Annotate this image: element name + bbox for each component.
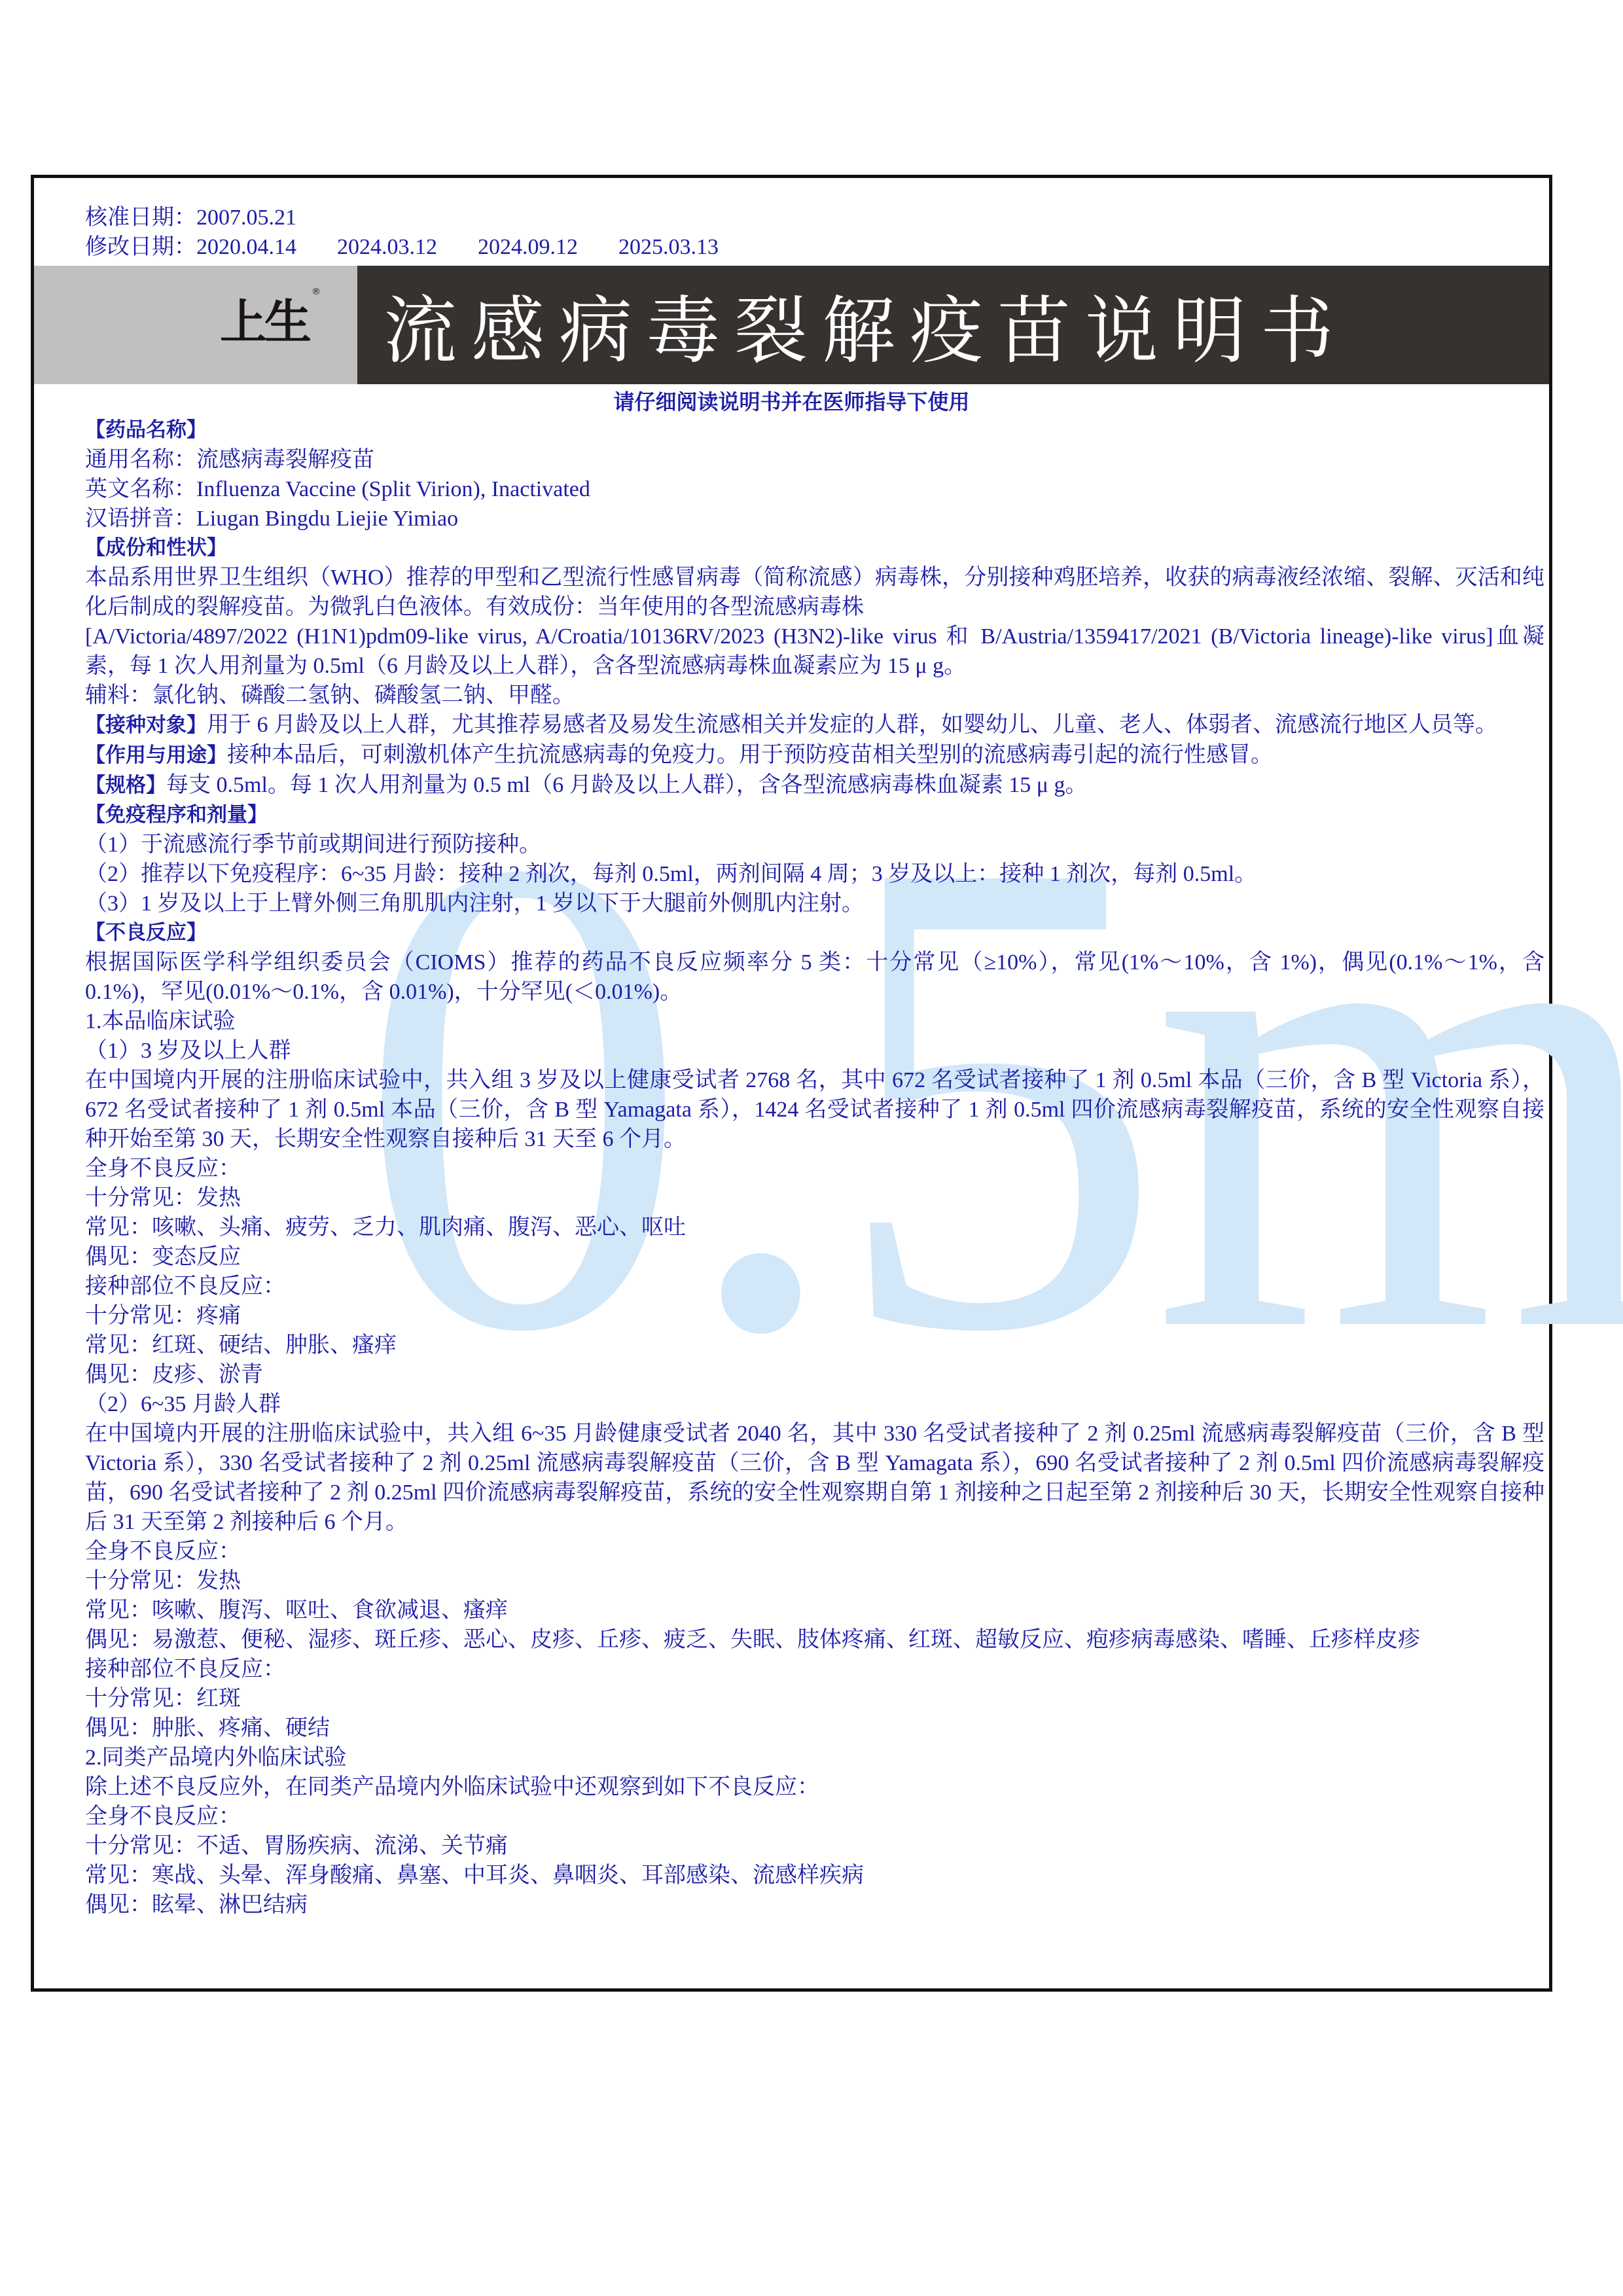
section-heading: 【规格】	[85, 774, 166, 797]
approval-label: 核准日期：	[85, 203, 196, 232]
leaflet-content: 【药品名称】 通用名称：流感病毒裂解疫苗 英文名称：Influenza Vacc…	[85, 416, 1544, 1920]
section-heading: 【药品名称】	[85, 416, 1544, 445]
text-line: 常见：寒战、头晕、浑身酸痛、鼻塞、中耳炎、鼻咽炎、耳部感染、流感样疾病	[85, 1861, 1544, 1890]
text-line: 接种部位不良反应：	[85, 1655, 1544, 1684]
subheading: 1.本品临床试验	[85, 1007, 1544, 1036]
paragraph: 在中国境内开展的注册临床试验中，共入组 3 岁及以上健康受试者 2768 名，其…	[85, 1066, 1544, 1154]
section-spec: 【规格】每支 0.5ml。每 1 次人用剂量为 0.5 ml（6 月龄及以上人群…	[85, 770, 1544, 800]
text-line: 常见：咳嗽、腹泻、呕吐、食欲减退、瘙痒	[85, 1596, 1544, 1625]
paragraph: 每支 0.5ml。每 1 次人用剂量为 0.5 ml（6 月龄及以上人群），含各…	[166, 773, 1088, 797]
text-line: 偶见：眩晕、淋巴结病	[85, 1890, 1544, 1920]
text-line: （3）1 岁及以上于上臂外侧三角肌肌内注射，1 岁以下于大腿前外侧肌内注射。	[85, 889, 1544, 918]
revision-date: 2024.03.12	[337, 232, 437, 262]
brand-logo: 上生®	[220, 284, 318, 352]
section-target: 【接种对象】用于 6 月龄及以上人群，尤其推荐易感者及易发生流感相关并发症的人群…	[85, 710, 1544, 740]
paragraph: 本品系用世界卫生组织（WHO）推荐的甲型和乙型流行性感冒病毒（简称流感）病毒株，…	[85, 563, 1544, 622]
section-heading: 【免疫程序和剂量】	[85, 800, 1544, 830]
text-line: （1）于流感流行季节前或期间进行预防接种。	[85, 830, 1544, 859]
usage-notice: 请仔细阅读说明书并在医师指导下使用	[34, 387, 1549, 416]
section-heading: 【成份和性状】	[85, 533, 1544, 563]
logo-cell: 上生®	[34, 266, 357, 384]
subheading: （1）3 岁及以上人群	[85, 1036, 1544, 1066]
text-line: （2）推荐以下免疫程序：6~35 月龄：接种 2 剂次，每剂 0.5ml，两剂间…	[85, 859, 1544, 889]
title-cell: 流感病毒裂解疫苗说明书	[357, 266, 1549, 384]
date-block: 核准日期：2007.05.21 修改日期：2020.04.142024.03.1…	[85, 203, 719, 262]
text-line: 通用名称：流感病毒裂解疫苗	[85, 445, 1544, 475]
text-line: 常见：咳嗽、头痛、疲劳、乏力、肌肉痛、腹泻、恶心、呕吐	[85, 1213, 1544, 1242]
text-line: 英文名称：Influenza Vaccine (Split Virion), I…	[85, 475, 1544, 504]
revision-date: 2020.04.14	[196, 232, 296, 262]
revision-label: 修改日期：	[85, 232, 196, 262]
subheading: 2.同类产品境内外临床试验	[85, 1743, 1544, 1772]
text-line: 全身不良反应：	[85, 1537, 1544, 1566]
text-line: 除上述不良反应外，在同类产品境内外临床试验中还观察到如下不良反应：	[85, 1772, 1544, 1802]
paragraph: 在中国境内开展的注册临床试验中，共入组 6~35 月龄健康受试者 2040 名，…	[85, 1419, 1544, 1537]
section-heading: 【不良反应】	[85, 918, 1544, 948]
text-line: 全身不良反应：	[85, 1802, 1544, 1831]
revision-date: 2025.03.13	[618, 232, 719, 262]
revision-date-row: 修改日期：2020.04.142024.03.122024.09.122025.…	[85, 232, 719, 262]
text-line: 汉语拼音：Liugan Bingdu Liejie Yimiao	[85, 504, 1544, 533]
revision-date: 2024.09.12	[478, 232, 578, 262]
text-line: 偶见：肿胀、疼痛、硬结	[85, 1713, 1544, 1743]
approval-date-row: 核准日期：2007.05.21	[85, 203, 719, 232]
text-line: 十分常见：发热	[85, 1183, 1544, 1213]
paragraph: 接种本品后，可刺激机体产生抗流感病毒的免疫力。用于预防疫苗相关型别的流感病毒引起…	[227, 743, 1273, 767]
section-usage: 【作用与用途】接种本品后，可刺激机体产生抗流感病毒的免疫力。用于预防疫苗相关型别…	[85, 740, 1544, 770]
subheading: （2）6~35 月龄人群	[85, 1390, 1544, 1419]
text-line: 十分常见：疼痛	[85, 1301, 1544, 1331]
title-band: 上生® 流感病毒裂解疫苗说明书	[34, 266, 1549, 384]
approval-date: 2007.05.21	[196, 203, 296, 232]
text-line: 偶见：变态反应	[85, 1242, 1544, 1272]
text-line: 接种部位不良反应：	[85, 1272, 1544, 1301]
paragraph: 用于 6 月龄及以上人群，尤其推荐易感者及易发生流感相关并发症的人群，如婴幼儿、…	[207, 713, 1497, 737]
document-title: 流感病毒裂解疫苗说明书	[383, 272, 1348, 378]
section-heading: 【接种对象】	[85, 713, 207, 737]
paragraph: [A/Victoria/4897/2022 (H1N1)pdm09-like v…	[85, 622, 1544, 681]
text-line: 十分常见：红斑	[85, 1684, 1544, 1713]
leaflet-frame: 0.5ml 核准日期：2007.05.21 修改日期：2020.04.14202…	[31, 175, 1552, 1992]
section-heading: 【作用与用途】	[85, 744, 227, 767]
text-line: 十分常见：发热	[85, 1566, 1544, 1596]
text-line: 十分常见：不适、胃肠疾病、流涕、关节痛	[85, 1831, 1544, 1861]
brand-name: 上生	[220, 295, 309, 350]
text-line: 辅料：氯化钠、磷酸二氢钠、磷酸氢二钠、甲醛。	[85, 681, 1544, 710]
text-line: 常见：红斑、硬结、肿胀、瘙痒	[85, 1331, 1544, 1360]
text-line: 偶见：皮疹、淤青	[85, 1360, 1544, 1390]
registered-mark-icon: ®	[312, 287, 318, 297]
text-line: 全身不良反应：	[85, 1154, 1544, 1183]
text-line: 偶见：易激惹、便秘、湿疹、斑丘疹、恶心、皮疹、丘疹、疲乏、失眠、肢体疼痛、红斑、…	[85, 1625, 1544, 1655]
paragraph: 根据国际医学科学组织委员会（CIOMS）推荐的药品不良反应频率分 5 类：十分常…	[85, 948, 1544, 1007]
